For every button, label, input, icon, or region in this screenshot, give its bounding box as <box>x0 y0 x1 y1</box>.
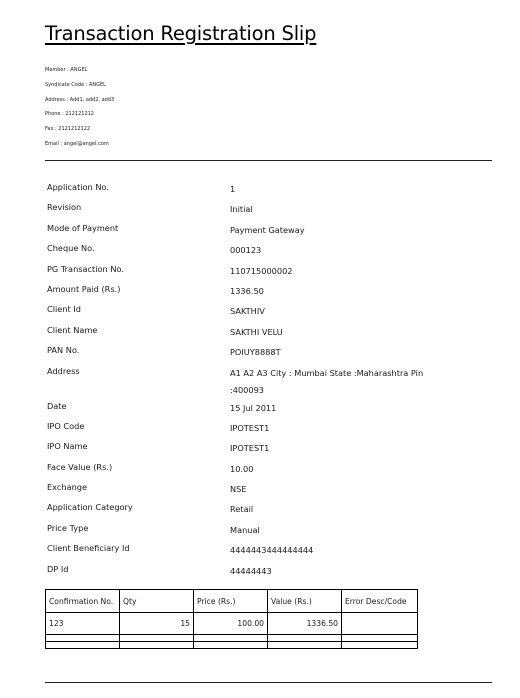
empty-cell <box>46 635 120 642</box>
detail-price-type: Price Type Manual <box>47 522 430 542</box>
detail-label: Date <box>47 400 230 420</box>
detail-amount-paid: Amount Paid (Rs.) 1336.50 <box>47 283 430 303</box>
detail-revision: Revision Initial <box>47 201 430 221</box>
member-address-line: Address : Add1, add2, add3 <box>45 93 114 108</box>
column-header-value: Value (Rs.) <box>268 590 342 613</box>
detail-label: Revision <box>47 201 230 221</box>
detail-mode-of-payment: Mode of Payment Payment Gateway <box>47 222 430 242</box>
detail-label: IPO Name <box>47 440 230 460</box>
detail-value: Payment Gateway <box>230 222 430 242</box>
detail-pan-no: PAN No. POIUY8888T <box>47 344 430 364</box>
empty-cell <box>342 635 418 642</box>
detail-label: Application Category <box>47 501 230 521</box>
empty-cell <box>268 642 342 649</box>
page-title: Transaction Registration Slip <box>45 22 316 45</box>
detail-label: Address <box>47 365 230 400</box>
table-row: 123 15 100.00 1336.50 <box>46 613 418 635</box>
detail-label: Client Name <box>47 324 230 344</box>
detail-cheque-no: Cheque No. 000123 <box>47 242 430 262</box>
detail-date: Date 15 Jul 2011 <box>47 400 430 420</box>
detail-label: PG Transaction No. <box>47 263 230 283</box>
detail-value: 110715000002 <box>230 263 430 283</box>
table-header-row: Confirmation No. Qty Price (Rs.) Value (… <box>46 590 418 613</box>
empty-cell <box>120 635 194 642</box>
phone-line: Phone : 212121212 <box>45 107 114 122</box>
details-list: Application No. 1 Revision Initial Mode … <box>47 181 430 583</box>
detail-label: Amount Paid (Rs.) <box>47 283 230 303</box>
table-row-empty <box>46 635 418 642</box>
detail-value: NSE <box>230 481 430 501</box>
detail-address: Address A1 A2 A3 City : Mumbai State :Ma… <box>47 365 430 400</box>
empty-cell <box>194 635 268 642</box>
detail-value: 1 <box>230 181 430 201</box>
detail-label: Cheque No. <box>47 242 230 262</box>
cell-value: 1336.50 <box>268 613 342 635</box>
detail-value: 000123 <box>230 242 430 262</box>
detail-dp-id: DP Id 44444443 <box>47 563 430 583</box>
detail-value: 4444443444444444 <box>230 542 430 562</box>
column-header-price: Price (Rs.) <box>194 590 268 613</box>
column-header-error-desc: Error Desc/Code <box>342 590 418 613</box>
detail-value: IPOTEST1 <box>230 440 430 460</box>
detail-value: Manual <box>230 522 430 542</box>
detail-value: A1 A2 A3 City : Mumbai State :Maharashtr… <box>230 365 430 400</box>
detail-value: Retail <box>230 501 430 521</box>
member-line: Member : ANGEL <box>45 63 114 78</box>
bottom-divider <box>45 682 492 683</box>
column-header-confirmation-no: Confirmation No. <box>46 590 120 613</box>
email-line: Email : angel@angel.com <box>45 137 114 152</box>
top-divider <box>45 160 492 161</box>
detail-value: SAKTHI VELU <box>230 324 430 344</box>
detail-client-name: Client Name SAKTHI VELU <box>47 324 430 344</box>
detail-label: Price Type <box>47 522 230 542</box>
detail-label: Client Beneficiary Id <box>47 542 230 562</box>
detail-label: Face Value (Rs.) <box>47 461 230 481</box>
cell-qty: 15 <box>120 613 194 635</box>
empty-cell <box>194 642 268 649</box>
detail-exchange: Exchange NSE <box>47 481 430 501</box>
column-header-qty: Qty <box>120 590 194 613</box>
detail-pg-transaction-no: PG Transaction No. 110715000002 <box>47 263 430 283</box>
detail-label: PAN No. <box>47 344 230 364</box>
empty-cell <box>342 642 418 649</box>
detail-value: 15 Jul 2011 <box>230 400 430 420</box>
detail-label: Mode of Payment <box>47 222 230 242</box>
detail-value: SAKTHIV <box>230 303 430 323</box>
detail-application-no: Application No. 1 <box>47 181 430 201</box>
syndicate-code-line: Syndicate Code : ANGEL <box>45 78 114 93</box>
detail-label: Client Id <box>47 303 230 323</box>
detail-label: Application No. <box>47 181 230 201</box>
detail-client-id: Client Id SAKTHIV <box>47 303 430 323</box>
table-row-empty <box>46 642 418 649</box>
cell-error-desc <box>342 613 418 635</box>
detail-face-value: Face Value (Rs.) 10.00 <box>47 461 430 481</box>
detail-value: Initial <box>230 201 430 221</box>
cell-price: 100.00 <box>194 613 268 635</box>
detail-label: Exchange <box>47 481 230 501</box>
detail-value: 44444443 <box>230 563 430 583</box>
cell-confirmation-no: 123 <box>46 613 120 635</box>
empty-cell <box>120 642 194 649</box>
detail-label: DP Id <box>47 563 230 583</box>
detail-value: POIUY8888T <box>230 344 430 364</box>
confirmation-table: Confirmation No. Qty Price (Rs.) Value (… <box>45 589 418 649</box>
detail-application-category: Application Category Retail <box>47 501 430 521</box>
detail-label: IPO Code <box>47 420 230 440</box>
empty-cell <box>268 635 342 642</box>
detail-ipo-name: IPO Name IPOTEST1 <box>47 440 430 460</box>
empty-cell <box>46 642 120 649</box>
detail-value: 10.00 <box>230 461 430 481</box>
member-info: Member : ANGEL Syndicate Code : ANGEL Ad… <box>45 63 114 152</box>
detail-client-beneficiary-id: Client Beneficiary Id 4444443444444444 <box>47 542 430 562</box>
fax-line: Fax : 2121212122 <box>45 122 114 137</box>
detail-value: IPOTEST1 <box>230 420 430 440</box>
detail-value: 1336.50 <box>230 283 430 303</box>
detail-ipo-code: IPO Code IPOTEST1 <box>47 420 430 440</box>
